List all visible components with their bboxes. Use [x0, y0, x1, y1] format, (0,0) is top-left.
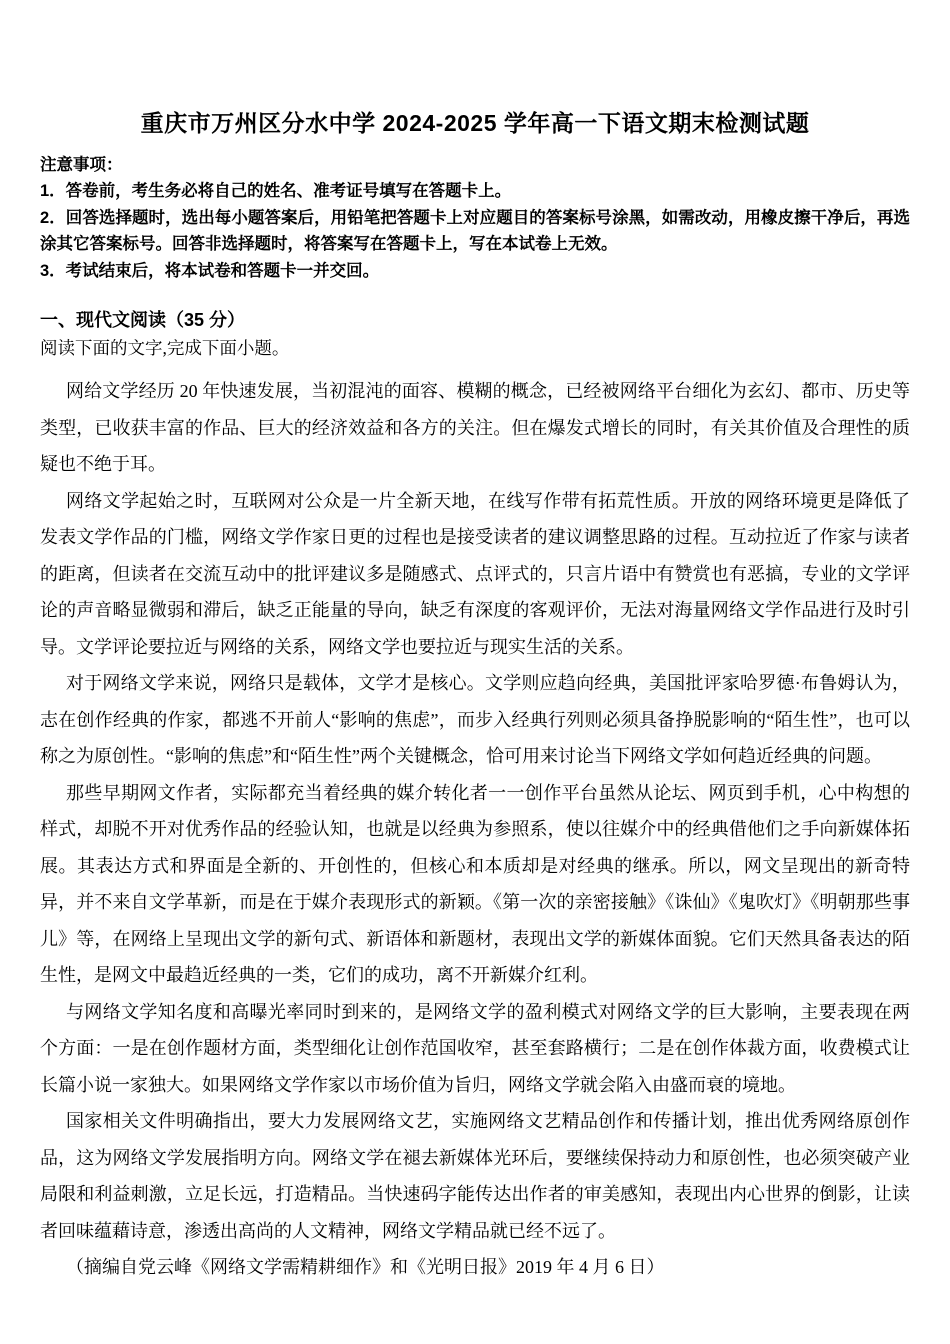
notice-heading: 注意事项：: [40, 152, 910, 178]
body-paragraph: 国家相关文件明确指出，要大力发展网络文艺，实施网络文艺精品创作和传播计划，推出优…: [40, 1103, 910, 1249]
body-paragraph: 那些早期网文作者，实际都充当着经典的媒介转化者一一创作平台虽然从论坛、网页到手机…: [40, 775, 910, 994]
page-title: 重庆市万州区分水中学 2024-2025 学年高一下语文期末检测试题: [40, 108, 910, 138]
notice-item: 1．答卷前，考生务必将自己的姓名、准考证号填写在答题卡上。: [40, 178, 910, 205]
section-heading: 一、现代文阅读（35 分）: [40, 308, 910, 333]
body-paragraph: 网络文学起始之时，互联网对公众是一片全新天地，在线写作带有拓荒性质。开放的网络环…: [40, 483, 910, 666]
body-paragraph: 对于网络文学来说，网络只是载体，文学才是核心。文学则应趋向经典，美国批评家哈罗德…: [40, 665, 910, 775]
notice-section: 注意事项： 1．答卷前，考生务必将自己的姓名、准考证号填写在答题卡上。2．回答选…: [40, 152, 910, 284]
passage-paragraphs: 网给文学经历 20 年快速发展，当初混沌的面容、模糊的概念，已经被网络平台细化为…: [40, 373, 910, 1249]
reading-section: 一、现代文阅读（35 分） 阅读下面的文字,完成下面小题。 网给文学经历 20 …: [40, 308, 910, 1286]
notice-item: 2．回答选择题时，选出每小题答案后，用铅笔把答题卡上对应题目的答案标号涂黑，如需…: [40, 205, 910, 258]
source-attribution: （摘编自党云峰《网络文学需精耕细作》和《光明日报》2019 年 4 月 6 日）: [40, 1249, 910, 1286]
notice-items: 1．答卷前，考生务必将自己的姓名、准考证号填写在答题卡上。2．回答选择题时，选出…: [40, 178, 910, 284]
body-paragraph: 网给文学经历 20 年快速发展，当初混沌的面容、模糊的概念，已经被网络平台细化为…: [40, 373, 910, 483]
exam-document-page: 重庆市万州区分水中学 2024-2025 学年高一下语文期末检测试题 注意事项：…: [0, 0, 950, 1344]
reading-instruction: 阅读下面的文字,完成下面小题。: [40, 335, 910, 361]
body-paragraph: 与网络文学知名度和高曝光率同时到来的，是网络文学的盈利模式对网络文学的巨大影响，…: [40, 994, 910, 1104]
notice-item: 3．考试结束后，将本试卷和答题卡一并交回。: [40, 258, 910, 285]
